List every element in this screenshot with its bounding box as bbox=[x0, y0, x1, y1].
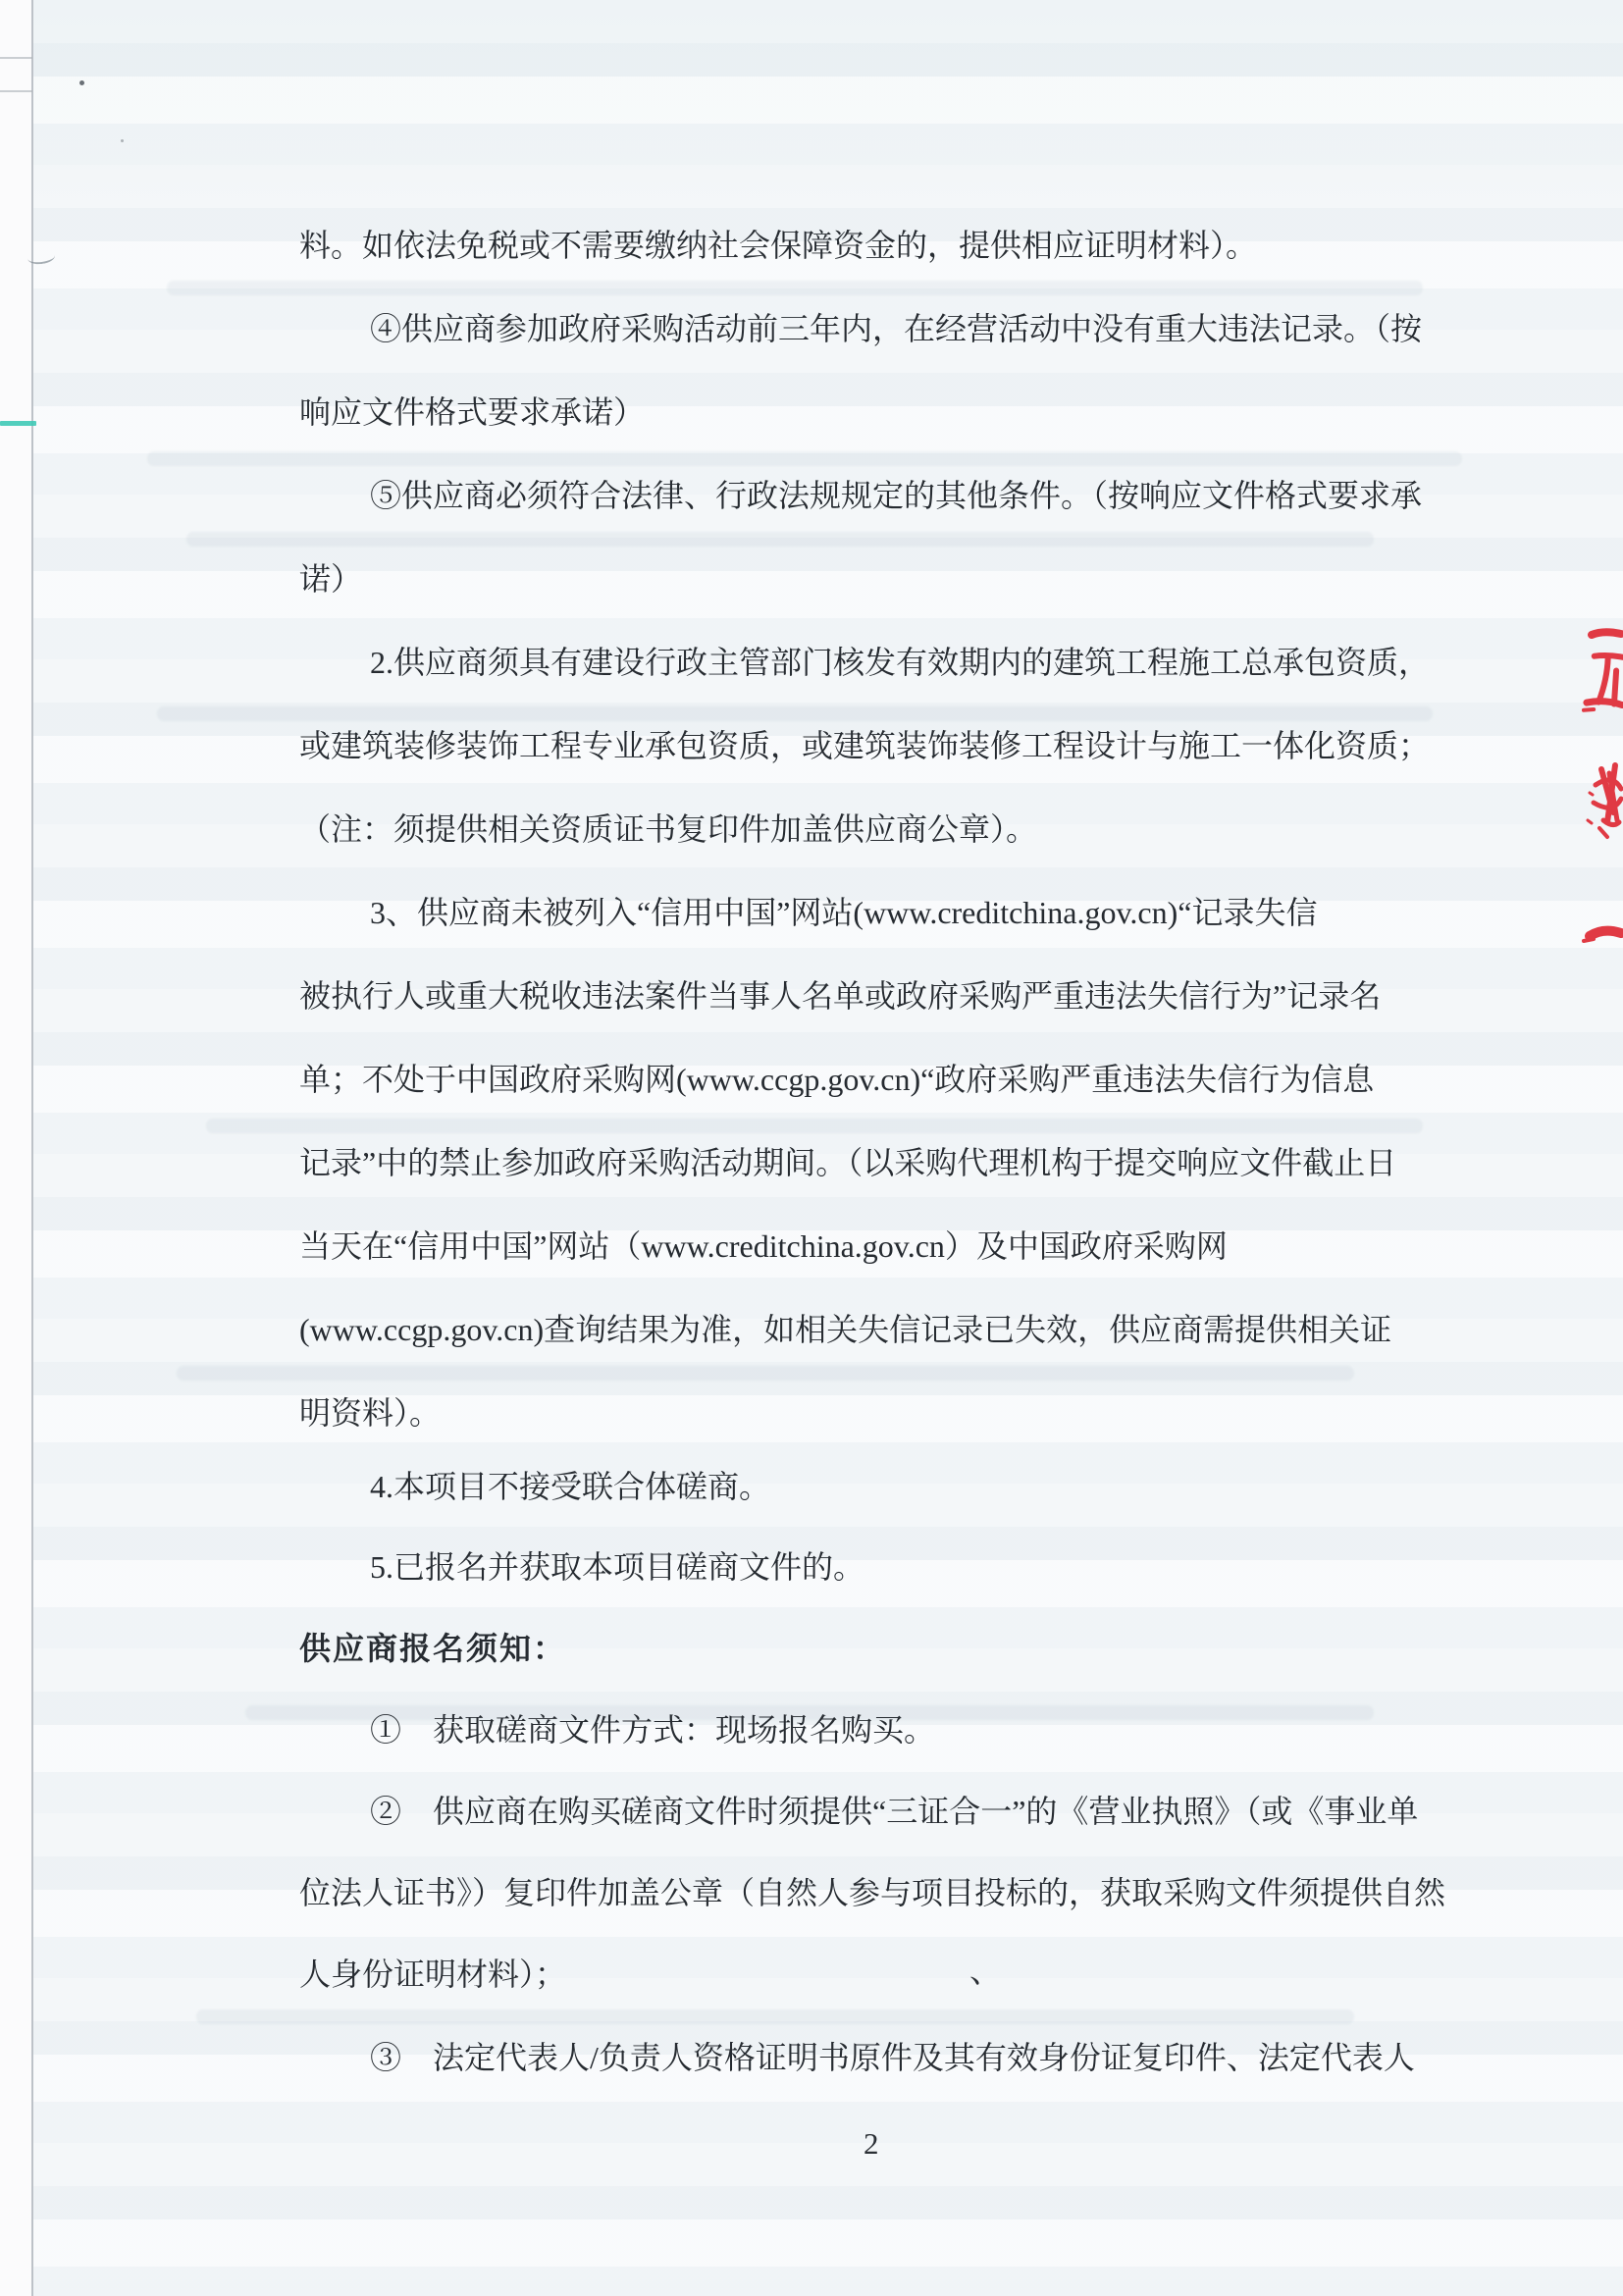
text-line: 诺） bbox=[299, 557, 362, 600]
text-line: 5.已报名并获取本项目磋商文件的。 bbox=[370, 1545, 864, 1589]
text-line: (www.ccgp.gov.cn)查询结果为准，如相关失信记录已失效，供应商需提… bbox=[299, 1308, 1391, 1351]
scan-noise-band bbox=[157, 706, 1433, 721]
scan-speck bbox=[79, 80, 84, 85]
scan-margin-line bbox=[0, 90, 32, 92]
scan-noise-band bbox=[147, 451, 1462, 466]
scan-edge-line bbox=[31, 0, 33, 2296]
text-line: 或建筑装修装饰工程专业承包资质，或建筑装饰装修工程设计与施工一体化资质； bbox=[299, 724, 1430, 767]
scan-noise-band bbox=[196, 2009, 1354, 2024]
scan-noise-band bbox=[206, 1119, 1423, 1133]
scanned-document-page: 料。如依法免税或不需要缴纳社会保障资金的，提供相应证明材料）。④供应商参加政府采… bbox=[0, 0, 1623, 2296]
section-heading: 供应商报名须知： bbox=[299, 1627, 566, 1670]
scan-noise-band bbox=[167, 281, 1423, 295]
text-line: 2.供应商须具有建设行政主管部门核发有效期内的建筑工程施工总承包资质， bbox=[370, 641, 1430, 684]
text-line: ④供应商参加政府采购活动前三年内，在经营活动中没有重大违法记录。（按 bbox=[370, 307, 1422, 350]
text-line: 被执行人或重大税收违法案件当事人名单或政府采购严重违法失信行为”记录名 bbox=[299, 974, 1381, 1018]
text-line: 人身份证明材料）； bbox=[299, 1953, 566, 1996]
scan-noise-band bbox=[186, 532, 1374, 547]
red-stamp-fragments bbox=[1580, 618, 1623, 957]
red-stamp-fragment-strokes bbox=[1580, 618, 1623, 957]
text-line: 明资料）。 bbox=[299, 1391, 441, 1435]
text-line: 响应文件格式要求承诺） bbox=[299, 391, 645, 434]
text-line: 当天在“信用中国”网站（www.creditchina.gov.cn）及中国政府… bbox=[299, 1225, 1228, 1268]
scan-margin-line bbox=[0, 57, 32, 59]
text-line: ⑤供应商必须符合法律、行政法规规定的其他条件。（按响应文件格式要求承 bbox=[370, 474, 1422, 517]
text-line: 4.本项目不接受联合体磋商。 bbox=[370, 1465, 770, 1508]
teal-scan-mark bbox=[0, 421, 36, 426]
text-line: 料。如依法免税或不需要缴纳社会保障资金的，提供相应证明材料）。 bbox=[299, 224, 1257, 267]
page-number: 2 bbox=[864, 2122, 879, 2166]
scan-speck bbox=[121, 139, 124, 142]
text-line: 3、供应商未被列入“信用中国”网站(www.creditchina.gov.cn… bbox=[370, 891, 1317, 934]
text-line: 位法人证书》）复印件加盖公章（自然人参与项目投标的，获取采购文件须提供自然 bbox=[299, 1871, 1445, 1914]
text-line: 记录”中的禁止参加政府采购活动期间。（以采购代理机构于提交响应文件截止日 bbox=[299, 1141, 1396, 1184]
stray-ink-mark: 、 bbox=[969, 1951, 1002, 1994]
scan-left-margin bbox=[0, 0, 33, 2296]
text-line: ① 获取磋商文件方式：现场报名购买。 bbox=[370, 1708, 935, 1751]
scan-noise-band bbox=[177, 1366, 1354, 1381]
text-line: ② 供应商在购买磋商文件时须提供“三证合一”的《营业执照》（或《事业单 bbox=[370, 1790, 1418, 1833]
text-line: 单；不处于中国政府采购网(www.ccgp.gov.cn)“政府采购严重违法失信… bbox=[299, 1058, 1374, 1101]
text-line: ③ 法定代表人/负责人资格证明书原件及其有效身份证复印件、法定代表人 bbox=[370, 2036, 1415, 2079]
text-line: （注：须提供相关资质证书复印件加盖供应商公章）。 bbox=[299, 808, 1037, 851]
